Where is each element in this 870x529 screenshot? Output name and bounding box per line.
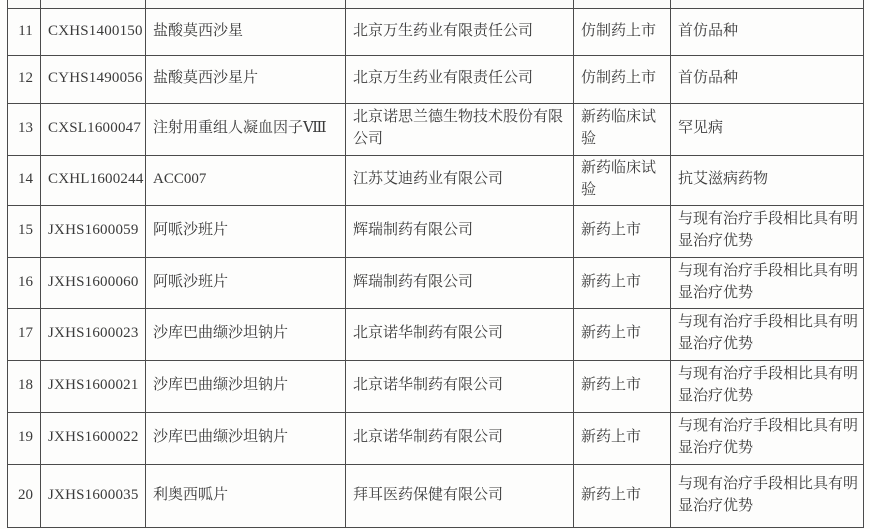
cell-note: 首仿品种 xyxy=(671,55,864,103)
cell-acceptance-code: JXHS1600059 xyxy=(41,205,146,257)
cell-note: 与现有治疗手段相比具有明 显治疗优势 xyxy=(671,308,864,360)
cell-application-type: 仿制药上市 xyxy=(574,8,671,55)
cell-acceptance-code: JXHS1600021 xyxy=(41,360,146,412)
table-row: 18 JXHS1600021 沙库巴曲缬沙坦钠片 北京诺华制药有限公司 新药上市… xyxy=(8,360,864,412)
cell-company: 北京诺思兰德生物技术股份有限 公司 xyxy=(346,103,574,155)
cell-drug-name: 沙库巴曲缬沙坦钠片 xyxy=(146,360,346,412)
table-row: 19 JXHS1600022 沙库巴曲缬沙坦钠片 北京诺华制药有限公司 新药上市… xyxy=(8,412,864,464)
table-row: 14 CXHL1600244 ACC007 江苏艾迪药业有限公司 新药临床试验 … xyxy=(8,155,864,205)
cell-application-type: 新药上市 xyxy=(574,360,671,412)
drug-approval-table: 11 CXHS1400150 盐酸莫西沙星 北京万生药业有限责任公司 仿制药上市… xyxy=(7,0,864,528)
cell-drug-name: 阿哌沙班片 xyxy=(146,205,346,257)
table-row: 12 CYHS1490056 盐酸莫西沙星片 北京万生药业有限责任公司 仿制药上… xyxy=(8,55,864,103)
cell-acceptance-code: CXHS1400150 xyxy=(41,8,146,55)
table-row: 15 JXHS1600059 阿哌沙班片 辉瑞制药有限公司 新药上市 与现有治疗… xyxy=(8,205,864,257)
cell-row-number: 16 xyxy=(8,257,41,308)
table-row: 17 JXHS1600023 沙库巴曲缬沙坦钠片 北京诺华制药有限公司 新药上市… xyxy=(8,308,864,360)
table-row: 13 CXSL1600047 注射用重组人凝血因子Ⅷ 北京诺思兰德生物技术股份有… xyxy=(8,103,864,155)
cell-drug-name: 沙库巴曲缬沙坦钠片 xyxy=(146,308,346,360)
cell-company: 江苏艾迪药业有限公司 xyxy=(346,155,574,205)
cell-row-number: 15 xyxy=(8,205,41,257)
table-row: 20 JXHS1600035 利奥西呱片 拜耳医药保健有限公司 新药上市 与现有… xyxy=(8,464,864,527)
cell-acceptance-code: CYHS1490056 xyxy=(41,55,146,103)
cell-row-number: 17 xyxy=(8,308,41,360)
cell-acceptance-code: JXHS1600060 xyxy=(41,257,146,308)
cell-row-number: 18 xyxy=(8,360,41,412)
cell-row-number: 12 xyxy=(8,55,41,103)
cell-drug-name: 沙库巴曲缬沙坦钠片 xyxy=(146,412,346,464)
clipped-cell xyxy=(41,0,146,8)
cell-company: 北京万生药业有限责任公司 xyxy=(346,8,574,55)
clipped-cell xyxy=(574,0,671,8)
cell-note: 与现有治疗手段相比具有明 显治疗优势 xyxy=(671,360,864,412)
cell-application-type: 新药临床试验 xyxy=(574,155,671,205)
cell-application-type: 新药上市 xyxy=(574,308,671,360)
cell-note: 抗艾滋病药物 xyxy=(671,155,864,205)
cell-company: 辉瑞制药有限公司 xyxy=(346,205,574,257)
cell-drug-name: 利奥西呱片 xyxy=(146,464,346,527)
clipped-previous-row xyxy=(8,0,864,8)
cell-acceptance-code: JXHS1600035 xyxy=(41,464,146,527)
cell-drug-name: 注射用重组人凝血因子Ⅷ xyxy=(146,103,346,155)
cell-note: 与现有治疗手段相比具有明 显治疗优势 xyxy=(671,257,864,308)
cell-drug-name: 盐酸莫西沙星片 xyxy=(146,55,346,103)
clipped-cell xyxy=(671,0,864,8)
cell-note: 罕见病 xyxy=(671,103,864,155)
cell-row-number: 19 xyxy=(8,412,41,464)
cell-application-type: 仿制药上市 xyxy=(574,55,671,103)
cell-application-type: 新药上市 xyxy=(574,412,671,464)
cell-acceptance-code: CXHL1600244 xyxy=(41,155,146,205)
cell-note: 与现有治疗手段相比具有明 显治疗优势 xyxy=(671,464,864,527)
cell-drug-name: 盐酸莫西沙星 xyxy=(146,8,346,55)
cell-row-number: 14 xyxy=(8,155,41,205)
cell-application-type: 新药上市 xyxy=(574,205,671,257)
cell-company: 北京万生药业有限责任公司 xyxy=(346,55,574,103)
cell-company: 北京诺华制药有限公司 xyxy=(346,412,574,464)
clipped-cell xyxy=(8,0,41,8)
cell-application-type: 新药临床试验 xyxy=(574,103,671,155)
cell-drug-name: ACC007 xyxy=(146,155,346,205)
cell-row-number: 20 xyxy=(8,464,41,527)
cell-company: 辉瑞制药有限公司 xyxy=(346,257,574,308)
cell-note: 首仿品种 xyxy=(671,8,864,55)
table-row: 16 JXHS1600060 阿哌沙班片 辉瑞制药有限公司 新药上市 与现有治疗… xyxy=(8,257,864,308)
cell-note: 与现有治疗手段相比具有明 显治疗优势 xyxy=(671,412,864,464)
cell-company: 北京诺华制药有限公司 xyxy=(346,308,574,360)
cell-application-type: 新药上市 xyxy=(574,257,671,308)
cell-row-number: 11 xyxy=(8,8,41,55)
clipped-cell xyxy=(146,0,346,8)
table-row: 11 CXHS1400150 盐酸莫西沙星 北京万生药业有限责任公司 仿制药上市… xyxy=(8,8,864,55)
cell-company: 北京诺华制药有限公司 xyxy=(346,360,574,412)
cell-acceptance-code: JXHS1600022 xyxy=(41,412,146,464)
cell-drug-name: 阿哌沙班片 xyxy=(146,257,346,308)
cell-company: 拜耳医药保健有限公司 xyxy=(346,464,574,527)
cell-acceptance-code: CXSL1600047 xyxy=(41,103,146,155)
cell-row-number: 13 xyxy=(8,103,41,155)
cell-note: 与现有治疗手段相比具有明 显治疗优势 xyxy=(671,205,864,257)
document-page: 11 CXHS1400150 盐酸莫西沙星 北京万生药业有限责任公司 仿制药上市… xyxy=(0,0,870,529)
cell-acceptance-code: JXHS1600023 xyxy=(41,308,146,360)
clipped-cell xyxy=(346,0,574,8)
cell-application-type: 新药上市 xyxy=(574,464,671,527)
